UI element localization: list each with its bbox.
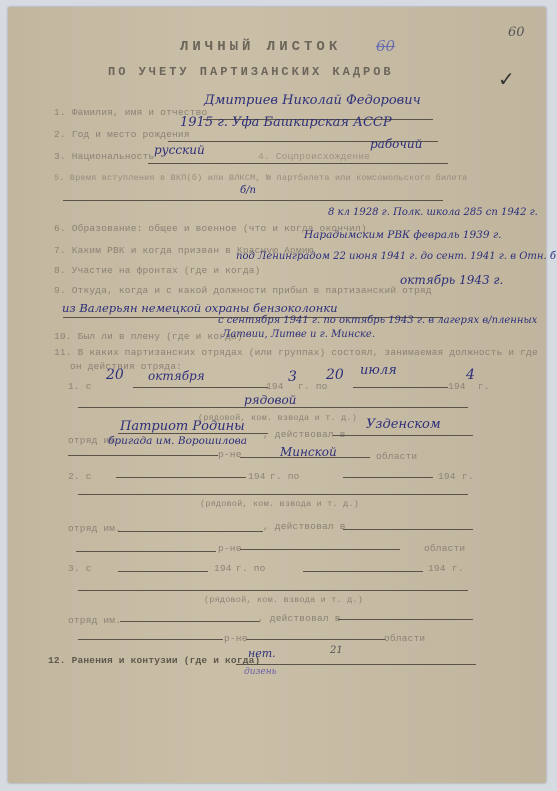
unit-1-region-label: области [376, 451, 417, 462]
field-label-nationality: 3. Национальность [54, 151, 154, 162]
field-value-arrival-date: октябрь 1943 г. [400, 273, 503, 287]
field-value-education: 8 кл 1928 г. Полк. школа 285 сп 1942 г. [328, 207, 538, 218]
field-label-captivity: 10. Был ли в плену (где и когда) [54, 331, 243, 342]
unit-1-district: Узденском [366, 417, 441, 432]
unit-2-region-label: области [424, 543, 465, 554]
field-value-wounds: нет. [248, 647, 276, 660]
field-label-fronts: 8. Участие на фронтах (где и когда) [54, 265, 261, 276]
field-note-number: 21 [330, 645, 343, 656]
field-label-birth: 2. Год и место рождения [54, 129, 190, 140]
unit-3-district-label: р-не [224, 633, 248, 644]
field-value-nationality: русский [154, 143, 205, 157]
document-title: ЛИЧНЫЙ ЛИСТОК [180, 39, 341, 55]
unit-2-num: 2. с [68, 471, 92, 482]
unit-1-district-label: р-не [218, 449, 242, 460]
field-label-arrival: 9. Откуда, когда и с какой должности при… [54, 285, 432, 296]
unit-3-acted-label: , действовал в [258, 613, 341, 624]
unit-1-to-year-digit: 4 [466, 367, 475, 383]
unit-1-from-month: октября [148, 369, 205, 383]
unit-1-brigade: бригада им. Ворошилова [108, 435, 247, 447]
field-value-conscription: Нарадымским РВК февраль 1939 г. [304, 229, 501, 241]
unit-1-from-year-digit: 3 [288, 369, 297, 385]
unit-3-to-year: 194 [428, 563, 446, 574]
unit-3-position-hint: (рядовой, ком. взвода и т. д.) [204, 595, 363, 605]
unit-3-from-year: 194 [214, 563, 232, 574]
unit-2-to-year: 194 [438, 471, 456, 482]
checkmark-icon: ✓ [498, 67, 515, 91]
field-label-social-origin: 4. Соцпроисхождение [258, 151, 370, 162]
unit-1-to-month: июля [360, 363, 397, 378]
field-value-name: Дмитриев Николай Федорович [204, 93, 421, 108]
unit-3-region-label: области [384, 633, 425, 644]
field-value-fronts: под Ленинградом 22 июня 1941 г. до сент.… [236, 251, 556, 262]
field-value-captivity-places: Латвии, Литве и г. Минске. [222, 329, 375, 340]
unit-3-to-label: г. по [236, 563, 266, 574]
unit-1-detachment: Патриот Родины [120, 419, 245, 434]
unit-1-year-suffix: г. [478, 381, 490, 392]
field-value-captivity: с сентября 1941 г. по октябрь 1943 г. в … [218, 315, 537, 326]
unit-3-num: 3. с [68, 563, 92, 574]
unit-2-year-suffix: г. [462, 471, 474, 482]
unit-1-from-day: 20 [106, 367, 124, 383]
field-value-birth: 1915 г. Уфа Башкирская АССР [180, 115, 392, 130]
unit-2-district-label: р-не [218, 543, 242, 554]
unit-2-detachment-label: отряд им. [68, 523, 121, 534]
field-note-stamp: дизень [244, 667, 277, 677]
unit-1-to-day: 20 [326, 367, 344, 383]
crossed-number: 60 [376, 37, 395, 55]
page-number: 60 [508, 25, 525, 40]
document-subtitle: ПО УЧЕТУ ПАРТИЗАНСКИХ КАДРОВ [108, 65, 394, 79]
unit-1-position: рядовой [244, 393, 296, 407]
unit-1-to-label: г. по [298, 381, 328, 392]
document-sheet: ЛИЧНЫЙ ЛИСТОК 60 ПО УЧЕТУ ПАРТИЗАНСКИХ К… [8, 7, 546, 783]
unit-1-from-year: 194 [266, 381, 284, 392]
unit-3-year-suffix: г. [452, 563, 464, 574]
unit-2-position-hint: (рядовой, ком. взвода и т. д.) [200, 499, 359, 509]
unit-1-to-year: 194 [448, 381, 466, 392]
unit-3-detachment-label: отряд им. [68, 615, 121, 626]
field-label-wounds: 12. Ранения и контузии (где и когда) [48, 655, 260, 666]
field-value-arrival-from: из Валерьян немецкой охраны бензоколонки [62, 301, 338, 315]
field-value-party: б/п [240, 185, 256, 196]
unit-2-from-year: 194 [248, 471, 266, 482]
field-label-units: 11. В каких партизанских отрядах (или гр… [54, 347, 538, 358]
unit-1-num: 1. с [68, 381, 92, 392]
unit-2-to-label: г. по [270, 471, 300, 482]
field-value-social-origin: рабочий [370, 137, 422, 151]
field-label-party: 5. Время вступления в ВКП(б) или ВЛКСМ, … [54, 173, 467, 183]
unit-2-acted-label: , действовал в [263, 521, 346, 532]
